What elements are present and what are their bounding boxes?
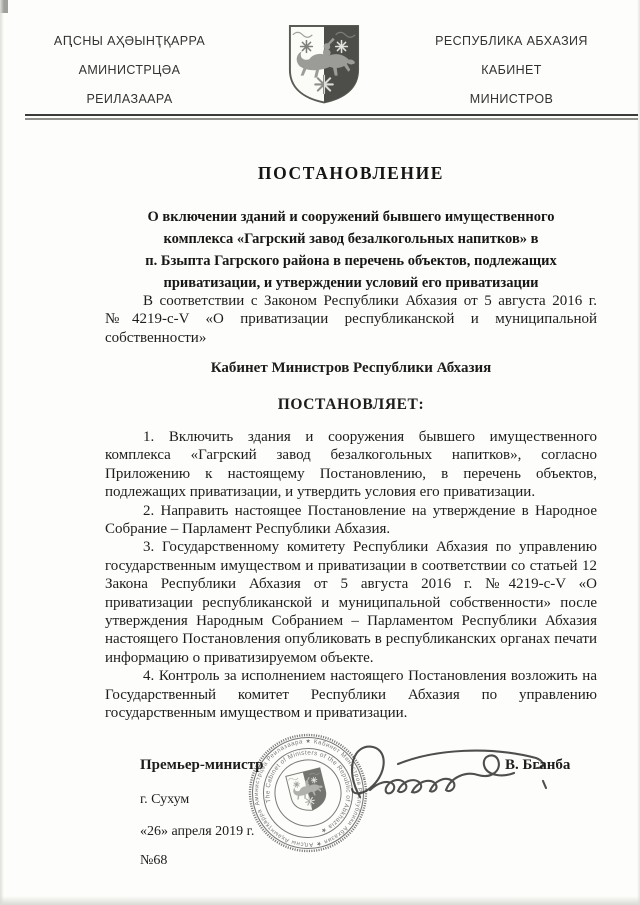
- preamble-paragraph: В соответствии с Законом Республики Абха…: [105, 292, 597, 347]
- header-russian-text: РЕСПУБЛИКА АБХАЗИЯ КАБИНЕТ МИНИСТРОВ: [404, 27, 619, 114]
- decree-item-2: 2. Направить настоящее Постановление на …: [105, 502, 597, 539]
- issuing-authority: Кабинет Министров Республики Абхазия: [105, 360, 597, 377]
- issue-date: «26» апреля 2019 г.: [140, 824, 254, 840]
- header-abkhaz-text: АԤСНЫ АҲӘЫНҬҚАРРА АМИНИСТРЦӘА РЕИЛАЗААРА: [22, 27, 237, 114]
- document-subject: О включении зданий и сооружений бывшего …: [105, 206, 597, 294]
- signatory-name: В. Бганба: [505, 757, 570, 774]
- stamp-center-coat-of-arms: [280, 764, 329, 816]
- scan-left-edge: [0, 0, 4, 905]
- abkhazia-coat-of-arms-icon: [287, 22, 361, 111]
- issue-place: г. Сухум: [140, 792, 189, 808]
- decree-item-3: 3. Государственному комитету Республики …: [105, 538, 597, 667]
- decree-item-4: 4. Контроль за исполнением настоящего По…: [105, 667, 597, 722]
- document-title: ПОСТАНОВЛЕНИЕ: [105, 163, 597, 184]
- decree-number: №68: [140, 853, 167, 869]
- scan-bottom-edge: [0, 896, 640, 905]
- signatory-post: Премьер-министр: [140, 757, 264, 774]
- decree-item-1: 1. Включить здания и сооружения бывшего …: [105, 428, 597, 502]
- handwritten-signature: [340, 737, 570, 824]
- decree-word: ПОСТАНОВЛЯЕТ:: [105, 396, 597, 414]
- decree-document-page: АԤСНЫ АҲӘЫНҬҚАРРА АМИНИСТРЦӘА РЕИЛАЗААРА…: [0, 0, 640, 905]
- decree-items: 1. Включить здания и сооружения бывшего …: [105, 428, 597, 723]
- header-divider-rule: [25, 114, 638, 120]
